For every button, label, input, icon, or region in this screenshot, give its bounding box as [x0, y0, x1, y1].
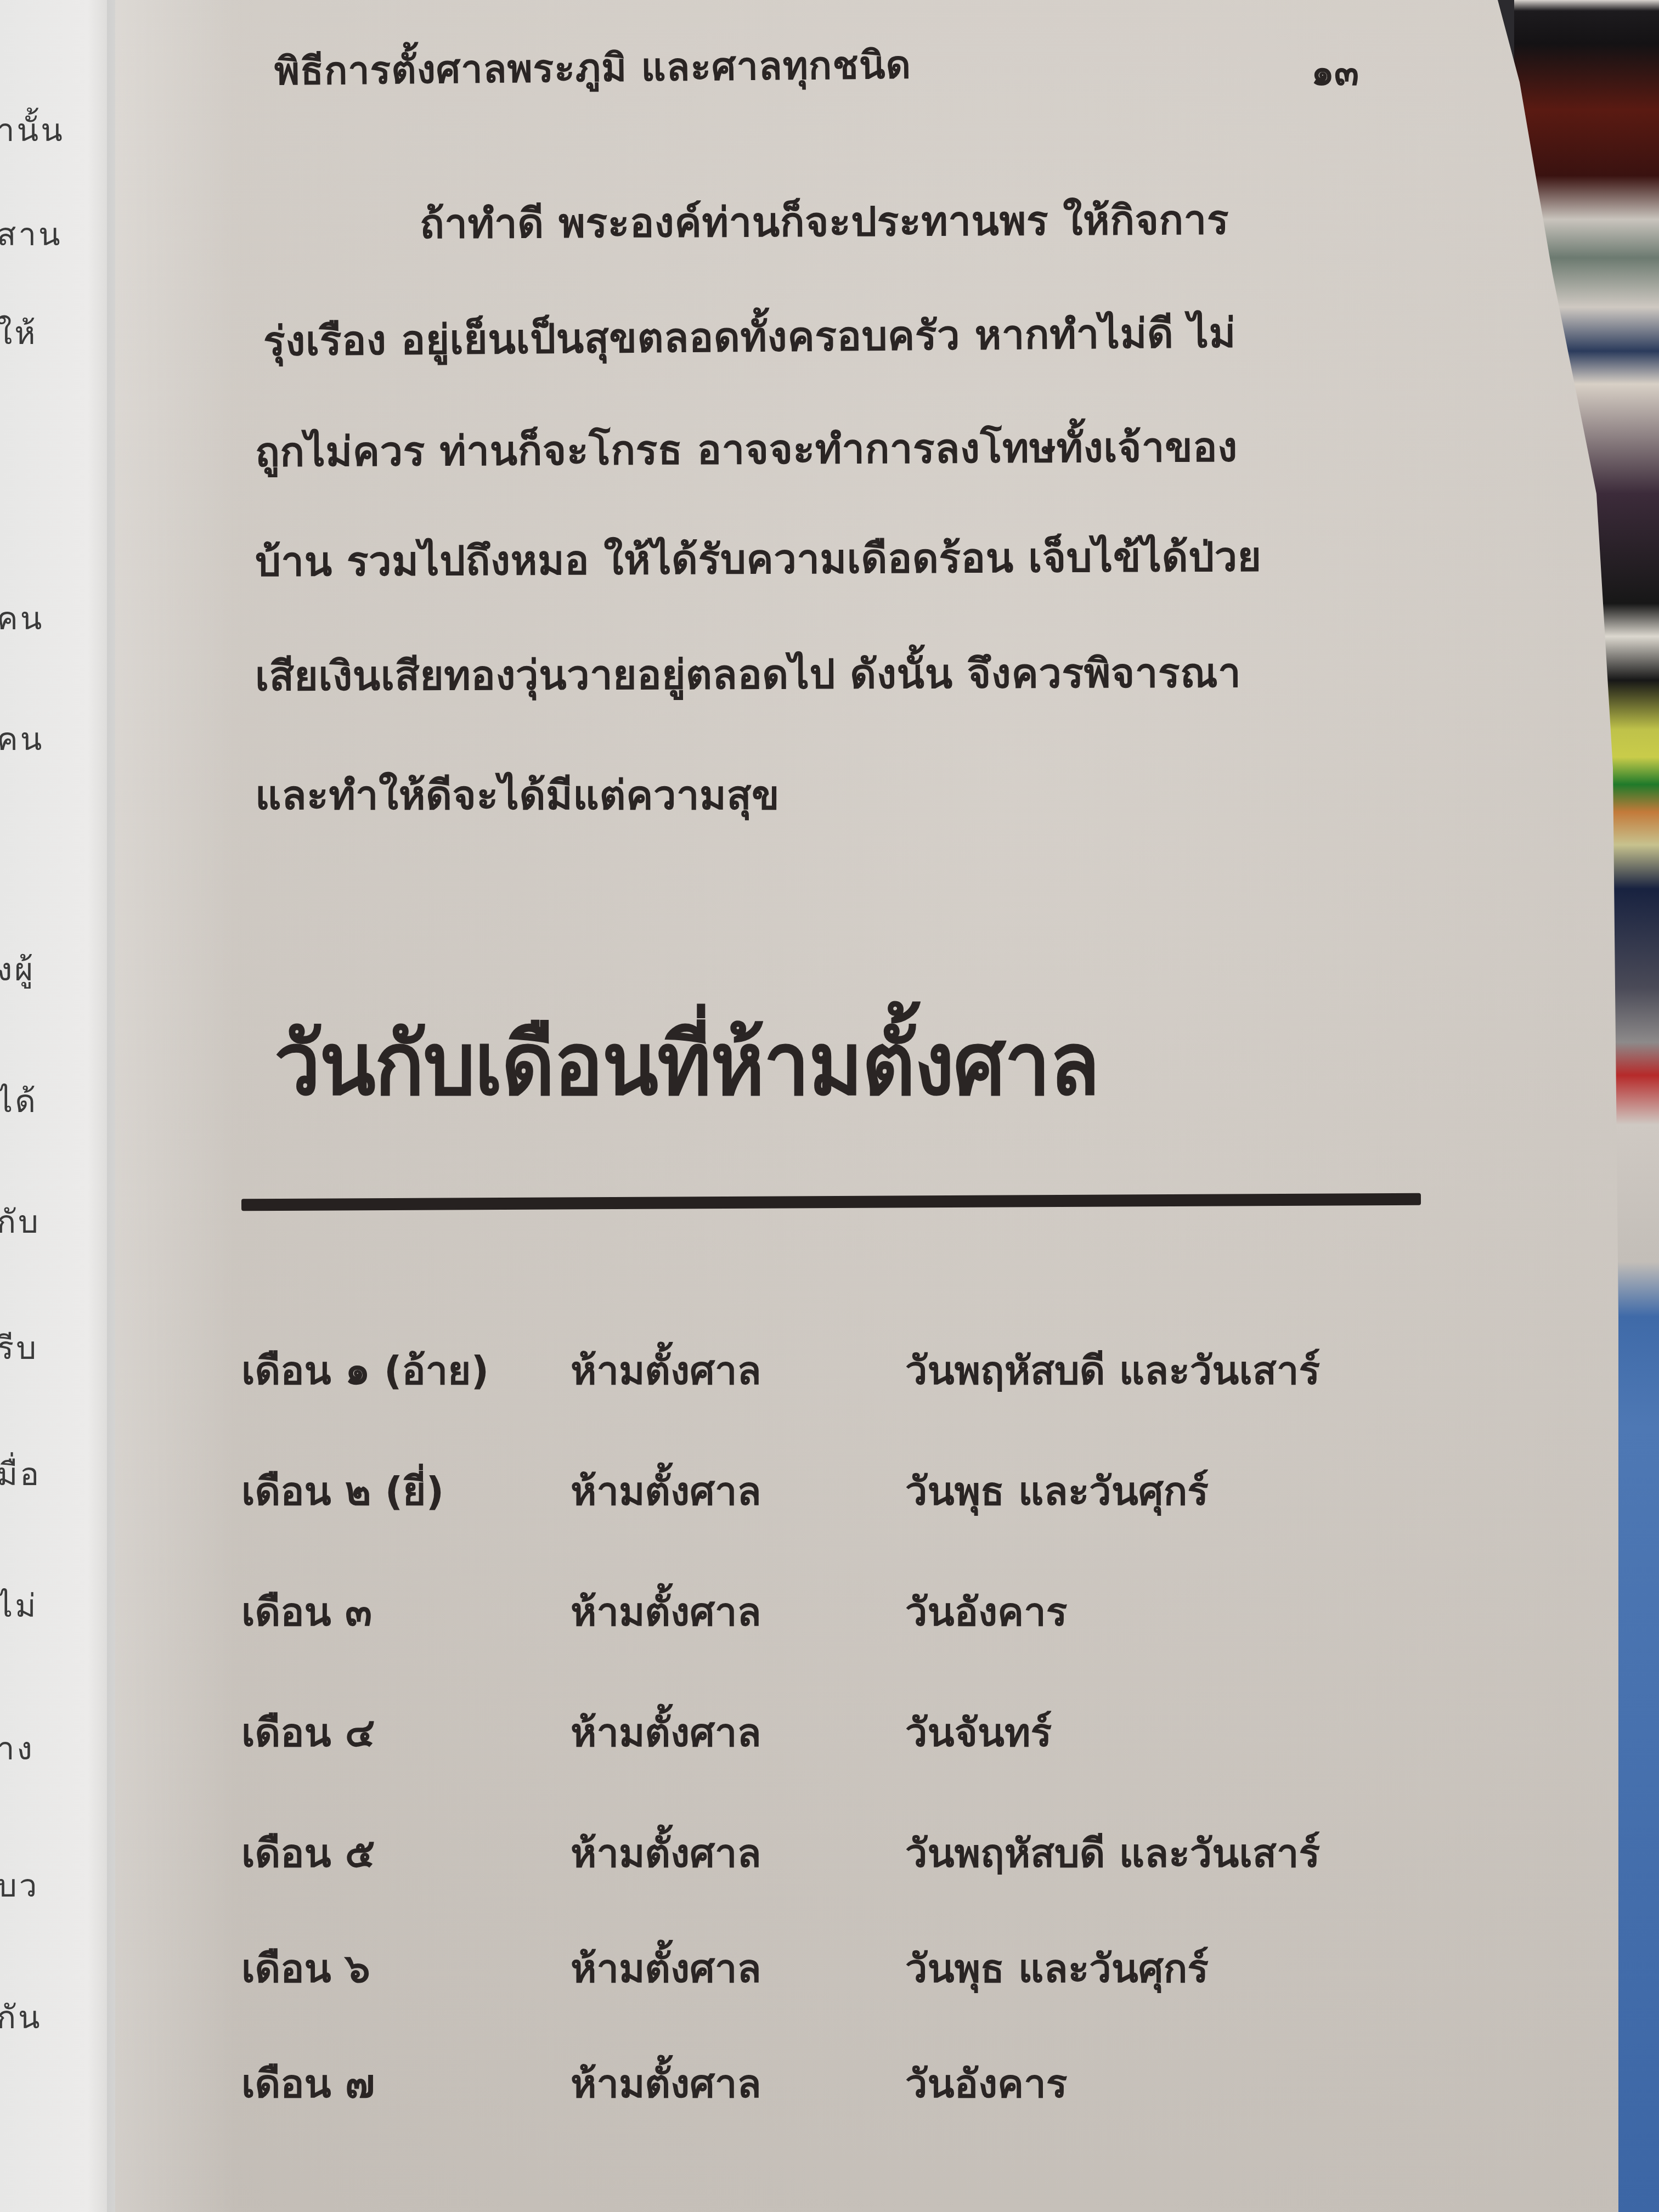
month-cell: เดือน ๕: [241, 1821, 375, 1884]
month-cell: เดือน ๗: [241, 2052, 375, 2115]
month-cell: เดือน ๑ (อ้าย): [241, 1339, 489, 1402]
left-page-fragment: าง: [0, 1723, 35, 1774]
days-cell: วันอังคาร: [905, 2052, 1067, 2115]
days-cell: วันพุธ และวันศุกร์: [905, 1459, 1209, 1522]
left-page-fragment: สาน: [0, 208, 63, 259]
paragraph-line: และทำให้ดีจะได้มีแต่ความสุข: [255, 763, 780, 827]
left-page-fragment: คน: [0, 713, 44, 764]
paragraph-line: เสียเงินเสียทองวุ่นวายอยู่ตลอดไป ดังนั้น…: [255, 640, 1242, 708]
book-page: พิธีการตั้งศาลพระภูมิ และศาลทุกชนิด ๑๓ ถ…: [115, 0, 1629, 2212]
rule-cell: ห้ามตั้งศาล: [571, 1701, 761, 1764]
left-page-fragment: งผู้: [0, 944, 35, 995]
days-cell: วันจันทร์: [905, 1701, 1052, 1764]
rule-cell: ห้ามตั้งศาล: [571, 1821, 761, 1884]
left-page-fragment: คน: [0, 592, 44, 644]
left-page-fragment: กัน: [0, 1991, 42, 2042]
left-page-fragment: มื่อ: [0, 1448, 41, 1499]
paragraph-line: ถูกไม่ควร ท่านก็จะโกรธ อาจจะทำการลงโทษทั…: [255, 414, 1238, 484]
month-cell: เดือน ๒ (ยี่): [241, 1459, 444, 1522]
section-title: วันกับเดือนที่ห้ามตั้งศาล: [274, 995, 1099, 1132]
days-cell: วันพุธ และวันศุกร์: [905, 1937, 1209, 2000]
left-page-fragment: ไม่: [0, 1580, 38, 1631]
left-page-fragment: บว: [0, 1860, 39, 1911]
left-facing-page: านั้น สาน ให้ คน คน งผู้ ได้ กับ รีบ มื่…: [0, 0, 110, 2212]
month-cell: เดือน ๓: [241, 1580, 372, 1643]
left-page-fragment: ให้: [0, 307, 38, 358]
left-page-fragment: กับ: [0, 1196, 41, 1247]
days-cell: วันพฤหัสบดี และวันเสาร์: [905, 1821, 1320, 1884]
month-cell: เดือน ๖: [241, 1937, 370, 2000]
days-cell: วันพฤหัสบดี และวันเสาร์: [905, 1339, 1320, 1402]
rule-cell: ห้ามตั้งศาล: [571, 1339, 761, 1402]
month-cell: เดือน ๔: [241, 1701, 375, 1764]
rule-cell: ห้ามตั้งศาล: [571, 2052, 761, 2115]
left-page-fragment: ได้: [0, 1075, 38, 1126]
days-cell: วันอังคาร: [905, 1580, 1067, 1643]
running-title: พิธีการตั้งศาลพระภูมิ และศาลทุกชนิด: [274, 34, 911, 101]
page-number: ๑๓: [1311, 44, 1359, 101]
rule-cell: ห้ามตั้งศาล: [571, 1580, 761, 1643]
paragraph-line: บ้าน รวมไปถึงหมอ ให้ได้รับความเดือดร้อน …: [255, 524, 1262, 594]
rule-cell: ห้ามตั้งศาล: [571, 1459, 761, 1522]
left-page-fragment: รีบ: [0, 1322, 38, 1373]
paragraph-line: รุ่งเรือง อยู่เย็นเป็นสุขตลอดทั้งครอบครั…: [263, 300, 1237, 373]
title-underline-divider: [241, 1193, 1421, 1211]
left-page-fragment: านั้น: [0, 104, 65, 155]
paragraph-line: ถ้าทำดี พระองค์ท่านก็จะประทานพร ให้กิจกา…: [420, 187, 1229, 256]
rule-cell: ห้ามตั้งศาล: [571, 1937, 761, 2000]
